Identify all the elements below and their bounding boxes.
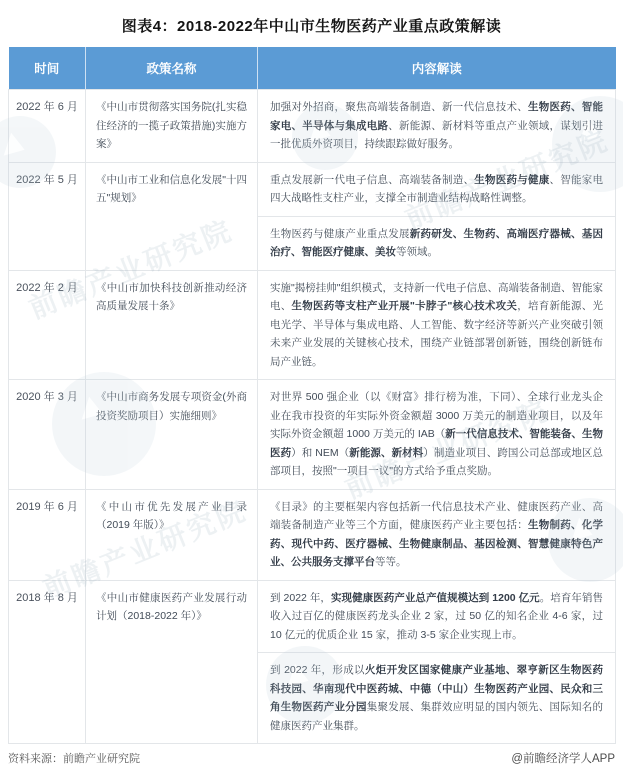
content-cell: 到 2022 年，实现健康医药产业总产值规模达到 1200 亿元。培育年销售收入… bbox=[258, 580, 616, 744]
time-cell: 2022 年 6 月 bbox=[9, 90, 86, 163]
content-text: 等领域。 bbox=[396, 246, 438, 258]
policy-name-cell: 《中山市优先发展产业目录（2019 年版）》 bbox=[86, 489, 258, 580]
content-subcell: 生物医药与健康产业重点发展新药研发、生物药、高端医疗器械、基因治疗、智能医疗健康… bbox=[258, 216, 615, 270]
time-cell: 2022 年 2 月 bbox=[9, 270, 86, 380]
time-cell: 2020 年 3 月 bbox=[9, 380, 86, 490]
policy-name-cell: 《中山市工业和信息化发展"十四五"规划》 bbox=[86, 162, 258, 270]
content-subcell: 加强对外招商，聚焦高端装备制造、新一代信息技术、生物医药、智能家电、半导体与集成… bbox=[258, 90, 615, 162]
content-subcell: 到 2022 年，形成以火炬开发区国家健康产业基地、翠亨新区生物医药科技园、华南… bbox=[258, 652, 615, 743]
column-header-content: 内容解读 bbox=[258, 47, 616, 90]
content-cell: 实施"揭榜挂帅"组织模式，支持新一代电子信息、高端装备制造、智能家电、生物医药等… bbox=[258, 270, 616, 380]
policy-name-cell: 《中山市健康医药产业发展行动计划（2018-2022 年）》 bbox=[86, 580, 258, 744]
content-text-bold: 实现健康医药产业总产值规模达到 1200 亿元 bbox=[331, 592, 540, 604]
time-cell: 2022 年 5 月 bbox=[9, 162, 86, 270]
table-row: 2022 年 5 月《中山市工业和信息化发展"十四五"规划》重点发展新一代电子信… bbox=[9, 162, 616, 270]
content-text: 等等。 bbox=[375, 556, 407, 568]
table-row: 2022 年 6 月《中山市贯彻落实国务院(扎实稳住经济的一揽子政策措施)实施方… bbox=[9, 90, 616, 163]
policy-table: 时间 政策名称 内容解读 2022 年 6 月《中山市贯彻落实国务院(扎实稳住经… bbox=[8, 47, 616, 744]
table-row: 2020 年 3 月《中山市商务发展专项资金(外商投资奖励项目）实施细则》对世界… bbox=[9, 380, 616, 490]
content-subcell: 《目录》的主要框架内容包括新一代信息技术产业、健康医药产业、高端装备制造产业等三… bbox=[258, 490, 615, 580]
content-subcell: 对世界 500 强企业（以《财富》排行榜为准，下同）、全球行业龙头企业在我市投资… bbox=[258, 380, 615, 489]
content-cell: 重点发展新一代电子信息、高端装备制造、生物医药与健康、智能家电四大战略性支柱产业… bbox=[258, 162, 616, 270]
time-cell: 2018 年 8 月 bbox=[9, 580, 86, 744]
content-cell: 《目录》的主要框架内容包括新一代信息技术产业、健康医药产业、高端装备制造产业等三… bbox=[258, 489, 616, 580]
content-text: 重点发展新一代电子信息、高端装备制造、 bbox=[270, 174, 474, 186]
content-cell: 加强对外招商，聚焦高端装备制造、新一代信息技术、生物医药、智能家电、半导体与集成… bbox=[258, 90, 616, 163]
content-text: 到 2022 年，形成以 bbox=[270, 664, 365, 676]
content-text: ）和 NEM（ bbox=[291, 447, 349, 459]
policy-name-cell: 《中山市商务发展专项资金(外商投资奖励项目）实施细则》 bbox=[86, 380, 258, 490]
footer: 资料来源：前瞻产业研究院 @前瞻经济学人APP bbox=[8, 750, 615, 766]
content-subcell: 实施"揭榜挂帅"组织模式，支持新一代电子信息、高端装备制造、智能家电、生物医药等… bbox=[258, 271, 615, 380]
content-text: 到 2022 年， bbox=[270, 592, 331, 604]
content-text-bold: 新能源、新材料 bbox=[349, 447, 423, 459]
content-text-bold: 生物医药与健康 bbox=[474, 174, 549, 186]
content-subcell: 到 2022 年，实现健康医药产业总产值规模达到 1200 亿元。培育年销售收入… bbox=[258, 581, 615, 653]
column-header-policy: 政策名称 bbox=[86, 47, 258, 90]
content-text: 生物医药与健康产业重点发展 bbox=[270, 228, 410, 240]
policy-name-cell: 《中山市贯彻落实国务院(扎实稳住经济的一揽子政策措施)实施方案》 bbox=[86, 90, 258, 163]
table-header-row: 时间 政策名称 内容解读 bbox=[9, 47, 616, 90]
content-cell: 对世界 500 强企业（以《财富》排行榜为准，下同）、全球行业龙头企业在我市投资… bbox=[258, 380, 616, 490]
time-cell: 2019 年 6 月 bbox=[9, 489, 86, 580]
table-row: 2022 年 2 月《中山市加快科技创新推动经济高质量发展十条》实施"揭榜挂帅"… bbox=[9, 270, 616, 380]
content-text: 加强对外招商，聚焦高端装备制造、新一代信息技术、 bbox=[270, 101, 528, 113]
content-text-bold: 生物医药等支柱产业开展"卡脖子"核心技术攻关 bbox=[292, 300, 518, 312]
table-row: 2019 年 6 月《中山市优先发展产业目录（2019 年版）》《目录》的主要框… bbox=[9, 489, 616, 580]
credit-note: @前瞻经济学人APP bbox=[511, 750, 615, 766]
policy-table-body: 2022 年 6 月《中山市贯彻落实国务院(扎实稳住经济的一揽子政策措施)实施方… bbox=[9, 90, 616, 744]
page-title: 图表4：2018-2022年中山市生物医药产业重点政策解读 bbox=[0, 0, 623, 47]
column-header-time: 时间 bbox=[9, 47, 86, 90]
table-row: 2018 年 8 月《中山市健康医药产业发展行动计划（2018-2022 年）》… bbox=[9, 580, 616, 744]
content-subcell: 重点发展新一代电子信息、高端装备制造、生物医药与健康、智能家电四大战略性支柱产业… bbox=[258, 163, 615, 216]
source-note: 资料来源：前瞻产业研究院 bbox=[8, 750, 140, 766]
policy-name-cell: 《中山市加快科技创新推动经济高质量发展十条》 bbox=[86, 270, 258, 380]
